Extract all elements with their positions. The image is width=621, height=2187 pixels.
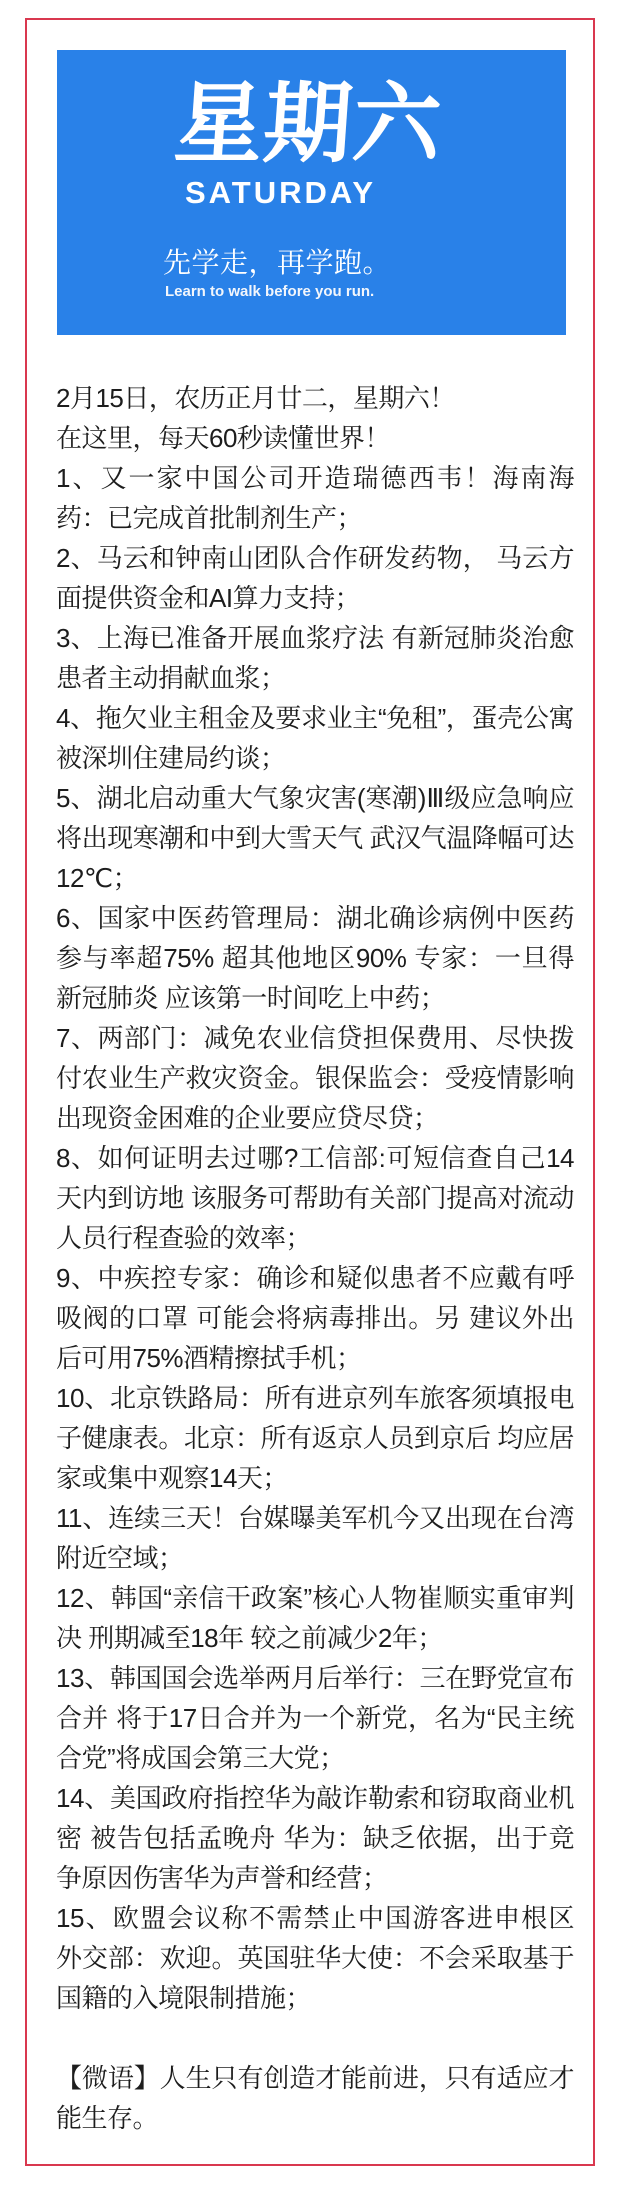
news-item-5: 5、湖北启动重大气象灾害(寒潮)Ⅲ级应急响应 将出现寒潮和中到大雪天气 武汉气温… bbox=[56, 778, 574, 898]
news-item-13: 13、韩国国会选举两月后举行：三在野党宣布合并 将于17日合并为一个新党，名为“… bbox=[56, 1658, 574, 1778]
news-item-7: 7、两部门：减免农业信贷担保费用、尽快拨付农业生产救灾资金。银保监会：受疫情影响… bbox=[56, 1018, 574, 1138]
red-border-frame: 星期六 SATURDAY 先学走，再学跑。 Learn to walk befo… bbox=[25, 18, 595, 2166]
news-item-3: 3、上海已准备开展血浆疗法 有新冠肺炎治愈患者主动捐献血浆； bbox=[56, 618, 574, 698]
news-item-9: 9、中疾控专家：确诊和疑似患者不应戴有呼吸阀的口罩 可能会将病毒排出。另 建议外… bbox=[56, 1258, 574, 1378]
weiyu-quote: 【微语】人生只有创造才能前进，只有适应才能生存。 bbox=[56, 2058, 574, 2138]
news-body: 2月15日，农历正月廿二，星期六！ 在这里，每天60秒读懂世界！ 1、又一家中国… bbox=[56, 378, 574, 2138]
news-item-2: 2、马云和钟南山团队合作研发药物， 马云方面提供资金和AI算力支持； bbox=[56, 538, 574, 618]
news-item-8: 8、如何证明去过哪?工信部:可短信查自己14天内到访地 该服务可帮助有关部门提高… bbox=[56, 1138, 574, 1258]
news-item-6: 6、国家中医药管理局：湖北确诊病例中医药参与率超75% 超其他地区90% 专家：… bbox=[56, 898, 574, 1018]
news-item-1: 1、又一家中国公司开造瑞德西韦！海南海药：已完成首批制剂生产； bbox=[56, 458, 574, 538]
news-item-12: 12、韩国“亲信干政案”核心人物崔顺实重审判决 刑期减至18年 较之前减少2年； bbox=[56, 1578, 574, 1658]
news-item-14: 14、美国政府指控华为敲诈勒索和窃取商业机密 被告包括孟晚舟 华为：缺乏依据，出… bbox=[56, 1778, 574, 1898]
weekday-title-cn: 星期六 bbox=[172, 76, 446, 172]
news-item-11: 11、连续三天！台媒曝美军机今又出现在台湾附近空域； bbox=[56, 1498, 574, 1578]
news-item-15: 15、欧盟会议称不需禁止中国游客进申根区 外交部：欢迎。英国驻华大使：不会采取基… bbox=[56, 1898, 574, 2018]
tagline: 在这里，每天60秒读懂世界！ bbox=[56, 418, 574, 458]
news-item-10: 10、北京铁路局：所有进京列车旅客须填报电子健康表。北京：所有返京人员到京后 均… bbox=[56, 1378, 574, 1498]
banner-motto-en: Learn to walk before you run. bbox=[165, 283, 374, 301]
banner-motto-cn: 先学走，再学跑。 bbox=[163, 246, 391, 280]
date-line: 2月15日，农历正月廿二，星期六！ bbox=[56, 378, 574, 418]
news-digest-card: 星期六 SATURDAY 先学走，再学跑。 Learn to walk befo… bbox=[0, 0, 621, 2187]
weekday-banner: 星期六 SATURDAY 先学走，再学跑。 Learn to walk befo… bbox=[57, 50, 566, 335]
weekday-title-en: SATURDAY bbox=[185, 176, 376, 210]
news-item-4: 4、拖欠业主租金及要求业主“免租”，蛋壳公寓被深圳住建局约谈； bbox=[56, 698, 574, 778]
